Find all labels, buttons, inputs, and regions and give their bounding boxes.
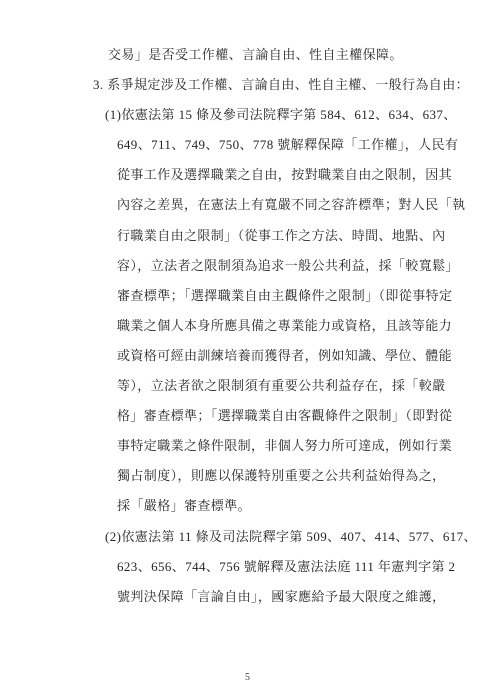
page-number: 5 <box>0 672 495 683</box>
text-line: 從事工作及選擇職業之自由，按對職業自由之限制，因其 <box>0 160 495 190</box>
text-line: 或資格可經由訓練培養而獲得者，例如知識、學位、體能 <box>0 341 495 371</box>
subitem-1-line: (1)依憲法第 15 條及參司法院釋字第 584、612、634、637、 <box>0 100 495 130</box>
text-line: 內容之差異，在憲法上有寬嚴不同之容許標準；對人民「執 <box>0 190 495 220</box>
text-line: 號判決保障「言論自由」，國家應給予最大限度之維護， <box>0 582 495 612</box>
text-line: 獨占制度），則應以保護特別重要之公共利益始得為之， <box>0 461 495 491</box>
document-text-block: 交易」是否受工作權、言論自由、性自主權保障。 3. 系爭規定涉及工作權、言論自由… <box>0 40 495 612</box>
text-line: 容），立法者之限制須為追求一般公共利益，採「較寬鬆」 <box>0 251 495 281</box>
text-line: 審查標準；「選擇職業自由主觀條件之限制」（即從事特定 <box>0 281 495 311</box>
document-page: 交易」是否受工作權、言論自由、性自主權保障。 3. 系爭規定涉及工作權、言論自由… <box>0 0 495 700</box>
text-line: 職業之個人本身所應具備之專業能力或資格，且該等能力 <box>0 311 495 341</box>
text-line: 623、656、744、756 號解釋及憲法法庭 111 年憲判字第 2 <box>0 552 495 582</box>
text-line: 採「嚴格」審查標準。 <box>0 491 495 521</box>
text-line: 行職業自由之限制」（從事工作之方法、時間、地點、內 <box>0 221 495 251</box>
text-line: 事特定職業之條件限制，非個人努力所可達成，例如行業 <box>0 431 495 461</box>
subitem-2-line: (2)依憲法第 11 條及司法院釋字第 509、407、414、577、617、 <box>0 522 495 552</box>
text-line: 格」審查標準；「選擇職業自由客觀條件之限制」（即對從 <box>0 401 495 431</box>
text-line: 等），立法者欲之限制須有重要公共利益存在，採「較嚴 <box>0 371 495 401</box>
text-line: 649、711、749、750、778 號解釋保障「工作權」，人民有 <box>0 130 495 160</box>
text-line: 交易」是否受工作權、言論自由、性自主權保障。 <box>0 40 495 70</box>
list-item-3-heading: 3. 系爭規定涉及工作權、言論自由、性自主權、一般行為自由： <box>0 70 495 100</box>
